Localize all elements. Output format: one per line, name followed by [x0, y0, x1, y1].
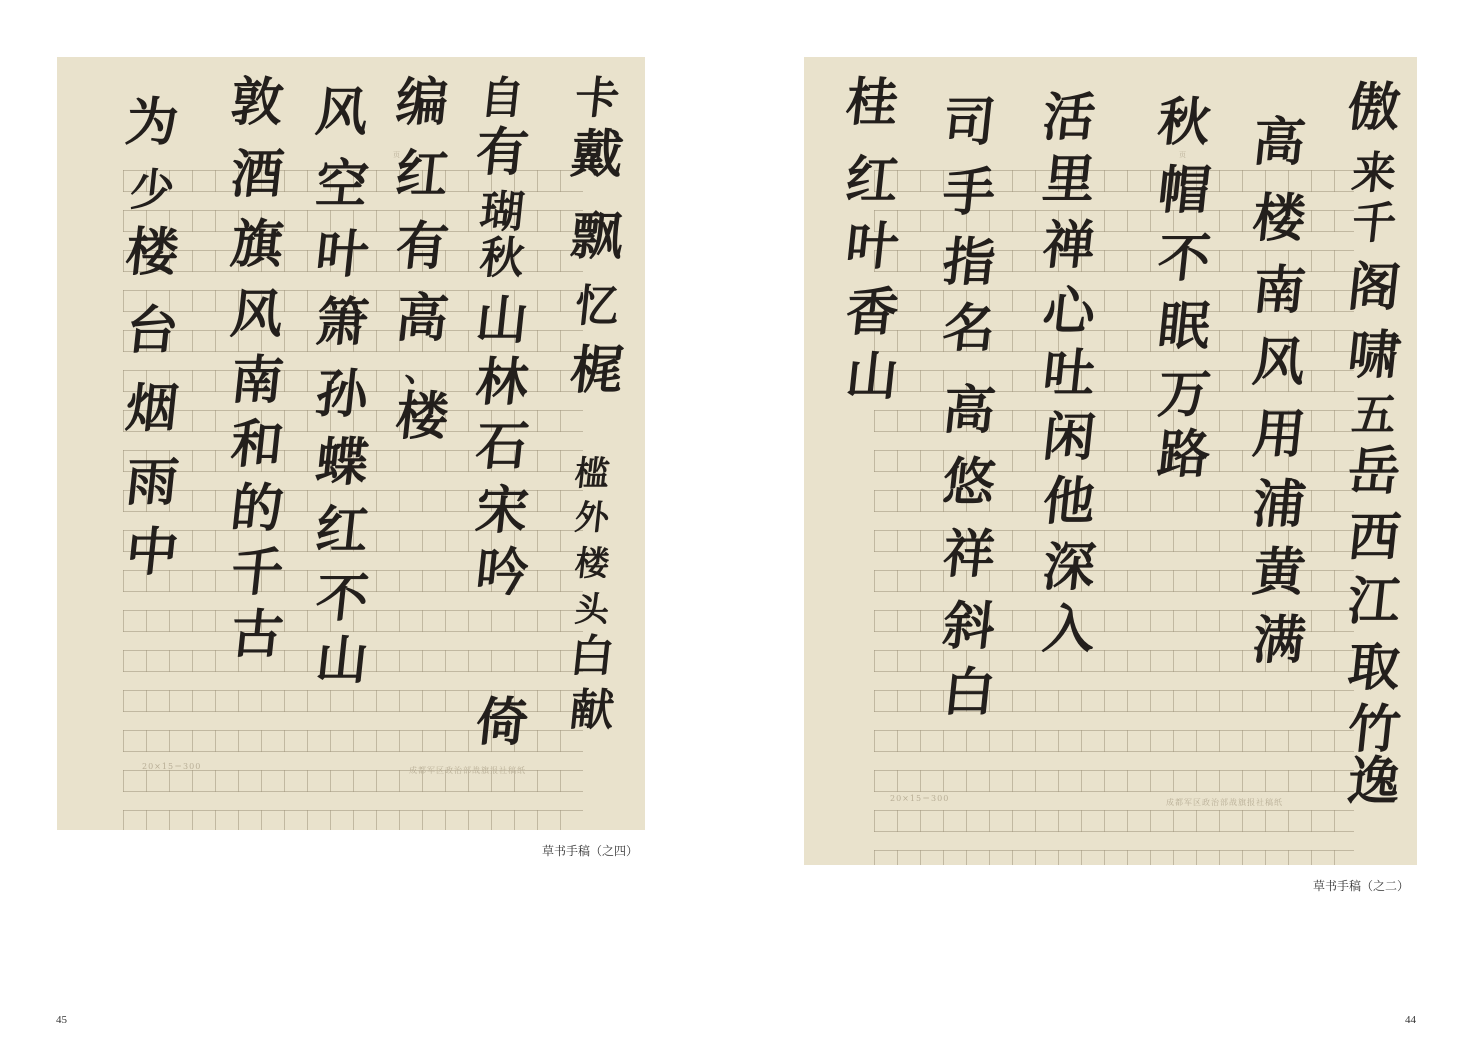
glyph: 山	[473, 295, 530, 347]
glyph: 里	[1040, 154, 1097, 206]
glyph: 高	[1250, 117, 1307, 169]
calligraphy-column-1: 卡 戴 飘 忆 梶	[562, 77, 632, 397]
glyph: 深	[1040, 542, 1097, 594]
glyph: 手	[940, 167, 997, 219]
figure-caption-left: 草书手稿（之四）	[542, 842, 638, 859]
glyph: 和	[228, 419, 285, 471]
paper-publisher-mark: 成都军区政治部战旗报社稿纸	[409, 765, 526, 776]
glyph: 林	[473, 357, 530, 409]
glyph: 祥	[940, 529, 997, 581]
glyph: 叶	[313, 229, 370, 281]
glyph: 楼	[573, 547, 611, 581]
glyph: 不	[313, 573, 370, 625]
glyph: 黄	[1250, 547, 1307, 599]
calligraphy-column-6: 桂 红 叶 香 山	[832, 77, 912, 403]
glyph: 台	[123, 305, 180, 357]
glyph: 雨	[123, 457, 180, 509]
glyph: 他	[1040, 476, 1097, 528]
glyph: 宋	[473, 485, 530, 537]
glyph: 楼	[1250, 193, 1307, 245]
glyph: 箫	[313, 297, 370, 349]
glyph: 秋	[478, 237, 527, 281]
glyph: 古	[228, 609, 285, 661]
calligraphy-column-3: 秋 帽 不 眠 万 路	[1144, 97, 1224, 481]
glyph: 风	[313, 87, 370, 139]
glyph: 不	[1155, 233, 1212, 285]
glyph: 南	[228, 355, 285, 407]
glyph: 浦	[1250, 479, 1307, 531]
glyph: 楼	[123, 227, 180, 279]
glyph: 傲	[1345, 82, 1402, 134]
glyph: 叶	[843, 221, 900, 273]
glyph: 山	[313, 635, 370, 687]
glyph: 红	[393, 149, 450, 201]
glyph: 高	[940, 385, 997, 437]
glyph: 帽	[1155, 165, 1212, 217]
glyph: 中	[123, 527, 180, 579]
glyph: 红	[843, 155, 900, 207]
glyph: 的	[228, 483, 285, 535]
glyph: 闲	[1040, 412, 1097, 464]
calligraphy-column-2: 自 有 瑚 秋 山 林 石 宋 吟	[462, 77, 542, 599]
glyph: 山	[843, 351, 900, 403]
glyph: 瑚	[478, 191, 527, 235]
calligraphy-column-5: 司 手 指 名 高 悠 祥 斜 白	[929, 97, 1009, 719]
glyph: 石	[473, 421, 530, 473]
glyph: 啸	[1345, 330, 1402, 382]
glyph: 头	[573, 593, 611, 627]
glyph: 风	[1250, 337, 1307, 389]
paper-grid-spec: 20×15＝300	[890, 793, 949, 804]
glyph: 司	[940, 97, 997, 149]
page-number-right: 44	[1405, 1014, 1416, 1026]
calligraphy-column-1-cont: 槛 外 楼 头 白 献	[562, 457, 622, 733]
glyph: 飘	[568, 211, 625, 263]
glyph: 有	[473, 127, 530, 179]
glyph: 南	[1250, 265, 1307, 317]
calligraphy-column-1: 傲 来 千 阁 啸 五 岳 西 江 取 竹 逸	[1339, 82, 1409, 808]
glyph: 香	[843, 287, 900, 339]
glyph: 敦	[228, 77, 285, 129]
calligraphy-column-4: 风 空 叶 箫 孙 蝶 红 不 山	[302, 87, 382, 687]
glyph: 孙	[313, 369, 370, 421]
glyph: 岳	[1345, 446, 1402, 498]
glyph: 编	[393, 77, 450, 129]
glyph: 吟	[473, 547, 530, 599]
calligraphy-column-3: 编 红 有 高 、 楼	[387, 77, 457, 443]
glyph: 万	[1155, 369, 1212, 421]
glyph: 取	[1345, 642, 1402, 694]
glyph: 空	[313, 159, 370, 211]
glyph: 千	[228, 547, 285, 599]
glyph: 楼	[393, 391, 450, 443]
glyph: 献	[568, 689, 617, 733]
calligraphy-column-5: 敦 酒 旗 风 南 和 的 千 古	[217, 77, 297, 661]
glyph: 风	[228, 289, 285, 341]
glyph: 逸	[1345, 756, 1402, 808]
glyph: 忆	[573, 285, 622, 329]
glyph: 名	[940, 303, 997, 355]
calligraphy-plate-left: 页 20×15＝300 成都军区政治部战旗报社稿纸 卡 戴 飘 忆 梶 槛 外 …	[57, 57, 645, 830]
glyph: 梶	[568, 345, 625, 397]
glyph: 红	[313, 505, 370, 557]
glyph: 高	[393, 293, 450, 345]
glyph: 活	[1040, 92, 1097, 144]
glyph: 禅	[1040, 220, 1097, 272]
glyph: 旗	[228, 219, 285, 271]
glyph: 眠	[1155, 301, 1212, 353]
glyph: 西	[1345, 512, 1402, 564]
glyph: 阁	[1345, 262, 1402, 314]
glyph: 白	[568, 635, 617, 679]
glyph: 为	[123, 97, 180, 149]
glyph: 自	[478, 77, 527, 121]
glyph: 蝶	[313, 437, 370, 489]
paper-grid-spec: 20×15＝300	[142, 761, 201, 772]
glyph: 有	[393, 221, 450, 273]
figure-caption-right: 草书手稿（之二）	[1313, 877, 1409, 894]
glyph: 吐	[1040, 348, 1097, 400]
glyph: 指	[940, 237, 997, 289]
glyph: 斜	[940, 601, 997, 653]
calligraphy-plate-right: 页 20×15＝300 成都军区政治部战旗报社稿纸 傲 来 千 阁 啸 五 岳 …	[804, 57, 1417, 865]
glyph: 倚	[473, 697, 530, 749]
glyph: 少	[128, 169, 177, 213]
glyph: 来	[1350, 152, 1399, 196]
page-number-left: 45	[56, 1014, 67, 1026]
paper-publisher-mark: 成都军区政治部战旗报社稿纸	[1166, 797, 1283, 808]
glyph: 满	[1250, 615, 1307, 667]
glyph: 卡	[573, 77, 622, 121]
glyph: 桂	[843, 77, 900, 129]
glyph: 心	[1040, 286, 1097, 338]
calligraphy-column-2-cont: 倚	[467, 697, 537, 749]
calligraphy-column-4: 活 里 禅 心 吐 闲 他 深 入	[1029, 92, 1109, 656]
glyph: 江	[1345, 576, 1402, 628]
glyph: 用	[1250, 409, 1307, 461]
glyph: 酒	[228, 149, 285, 201]
glyph: 槛	[573, 457, 611, 491]
glyph: 秋	[1155, 97, 1212, 149]
calligraphy-column-2: 高 楼 南 风 用 浦 黄 满	[1234, 117, 1324, 667]
glyph: 、	[403, 353, 441, 387]
calligraphy-column-6: 为 少 楼 台 烟 雨 中	[112, 97, 192, 579]
glyph: 入	[1040, 604, 1097, 656]
glyph: 白	[940, 667, 997, 719]
glyph: 外	[573, 501, 611, 535]
glyph: 戴	[568, 129, 625, 181]
glyph: 悠	[940, 457, 997, 509]
glyph: 竹	[1345, 704, 1402, 756]
glyph: 五	[1350, 394, 1399, 438]
glyph: 千	[1350, 202, 1399, 246]
glyph: 路	[1155, 429, 1212, 481]
glyph: 烟	[123, 383, 180, 435]
